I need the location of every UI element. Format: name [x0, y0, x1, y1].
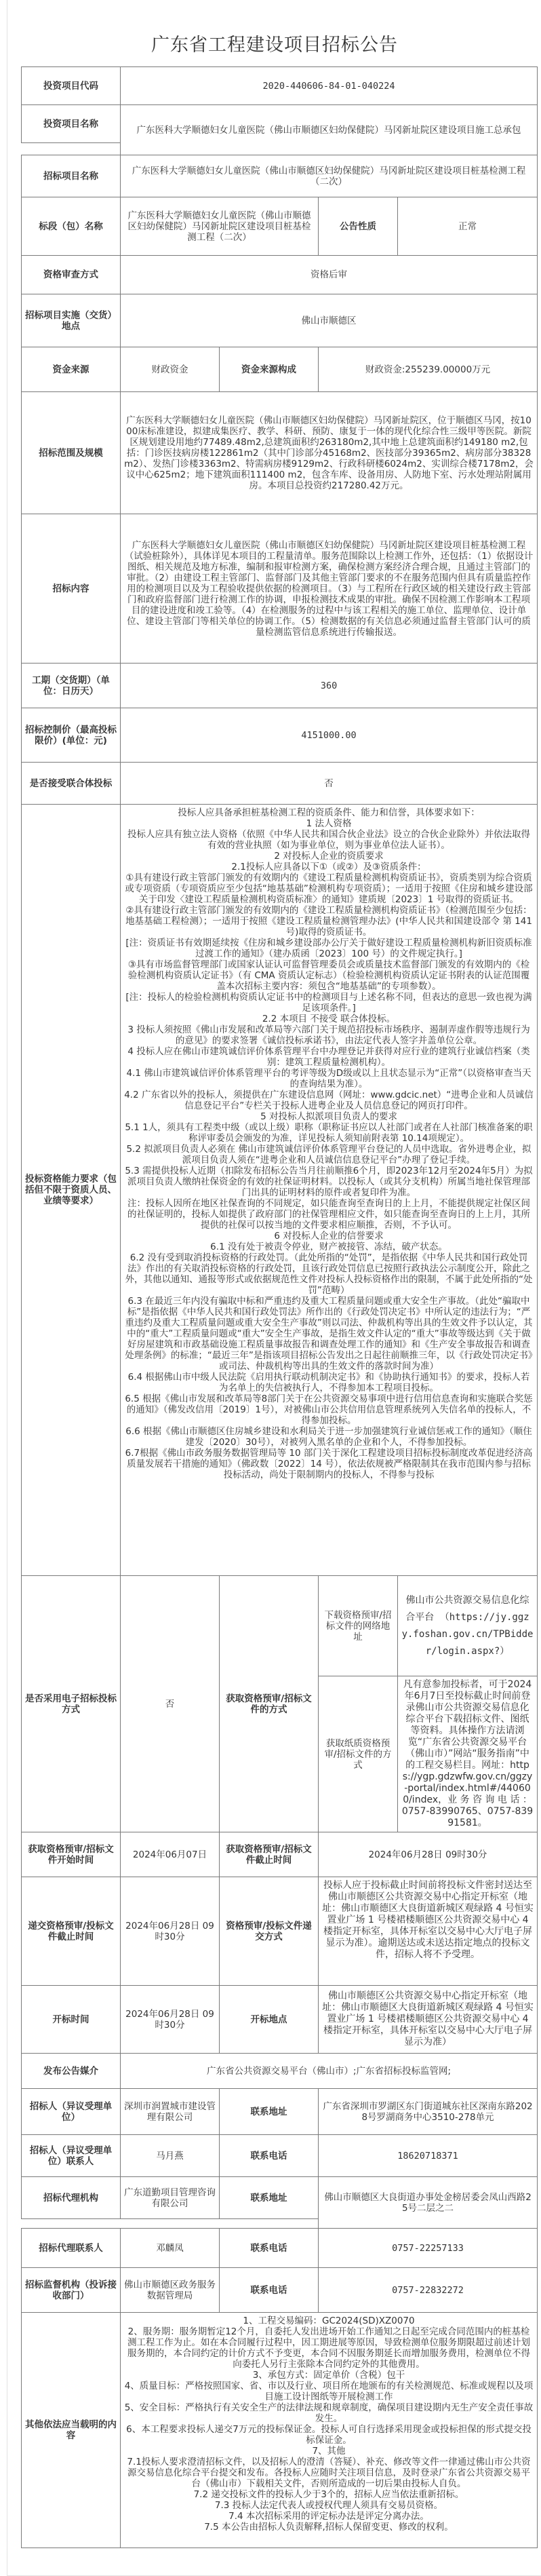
- value-tenderer-contact: 马月燕: [121, 2135, 220, 2177]
- text-line: ①具有建设行政主管部门颁发的有效期内的《建设工程质量检测机构资质证书》，资质类别…: [124, 872, 534, 905]
- text-line: 7.5 本公告由招标人负责解释,招标人保留变更、修改的权利。: [124, 2522, 534, 2533]
- text-line: 6.7根据《佛山市政务服务数据管理局等 10 部门关于深化工程建设项目招标投标制…: [124, 1448, 534, 1480]
- other-list: 1、工程交易编码：GC2024(SD)XZ00702、服务期：服务期暂定12个月…: [124, 2315, 534, 2533]
- row-media: 发布公告媒介 广东省公共资源交易平台（佛山市）;广东省招标投标监管网;: [22, 2054, 538, 2089]
- label-project-name: 投资项目名称: [22, 105, 121, 143]
- value-agency: 广东道勤项目管理咨询有限公司: [121, 2177, 220, 2219]
- label-agency: 招标代理机构: [22, 2177, 121, 2219]
- text-line: 7.1投标人要求澄清招标文件，以及招标人的澄清（答疑）、补充、修改等文件一律通过…: [124, 2457, 534, 2489]
- label-supervisor-phone: 联系电话: [220, 2268, 319, 2313]
- value-opening-time: 2024年06月28日 09时30分: [121, 1986, 220, 2054]
- text-line: 6、本工程要求投标人递交7万元的投标保证金。投标人可自行选择采用现金或投标担保的…: [124, 2424, 534, 2446]
- value-section-name: 广东医科大学顺德妇女儿童医院（佛山市顺德区妇幼保健院）马冈新址院区建设项目桩基检…: [121, 197, 319, 256]
- text-line: [注：投标人的检验检测机构资质认定证书中的检测项目与上述名称不同，但表达的意思一…: [124, 992, 534, 1014]
- label-doc-start: 获取资格预审/招标文件开始时间: [22, 1832, 121, 1877]
- row-tender-name: 招标项目名称 广东医科大学顺德妇女儿童医院（佛山市顺德区妇幼保健院）马冈新址院区…: [22, 155, 538, 197]
- text-line: 6.4 根据佛山市中级人民法院《启用执行联动机制决定书》和《协助执行通知书》的要…: [124, 1372, 534, 1393]
- label-content: 招标内容: [22, 514, 121, 664]
- text-line: 1、工程交易编码：GC2024(SD)XZ0070: [124, 2315, 534, 2326]
- row-section-name: 标段（包）名称 广东医科大学顺德妇女儿童医院（佛山市顺德区妇幼保健院）马冈新址院…: [22, 197, 538, 256]
- row-opening: 开标时间 2024年06月28日 09时30分 开标地点 佛山市顺德区公共资源交…: [22, 1986, 538, 2054]
- value-duration: 360: [121, 664, 538, 708]
- label-opening-time: 开标时间: [22, 1986, 121, 2054]
- label-download-address: 下载资格预审/招标文件的网络地址: [319, 1576, 398, 1676]
- page-title: 广东省工程建设项目招标公告: [7, 0, 541, 66]
- label-submission-deadline: 递交资格预审/投标文件截止时间: [22, 1877, 121, 1986]
- row-project-code: 投资项目代码 2020-440606-84-01-040224: [22, 67, 538, 105]
- label-funding-composition: 资金来源构成: [220, 347, 319, 392]
- text-line: 6.3 在最近三年内没有骗取中标和严重违约及重大工程质量问题或重大安全生产事故。…: [124, 1296, 534, 1372]
- row-submission: 递交资格预审/投标文件截止时间 2024年06月28日 09时30分 资格预审/…: [22, 1877, 538, 1986]
- value-funding-source: 财政资金: [121, 347, 220, 392]
- text-line: 6.1 没有处于被责令停业，财产被接管、冻结，破产状态。: [124, 1242, 534, 1252]
- value-download-address[interactable]: 佛山市公共资源交易信息化综合平台 （https://jy.ggzy.foshan…: [398, 1576, 538, 1676]
- value-scope: 广东医科大学顺德妇女儿童医院（佛山市顺德区妇幼保健院）马冈新址院区，位于顺德区马…: [121, 392, 538, 514]
- text-line: 投标人应具备承担桩基检测工程的资质条件、能力和信誉，具体要求如下：: [124, 807, 534, 818]
- value-consortium: 否: [121, 763, 538, 805]
- row-funding: 资金来源 财政资金 资金来源构成 财政资金:255239.00000万元: [22, 347, 538, 392]
- text-line: 5.2 拟派项目负责人必须在 佛山市建筑诚信评价体系管理平台登记的人员中选取。省…: [124, 1144, 534, 1166]
- row-download-address: 是否采用电子招标投标方式 否 获取资格预审/招标文件的方式 下载资格预审/招标文…: [22, 1576, 538, 1676]
- label-project-code: 投资项目代码: [22, 67, 121, 105]
- text-line: 投标人应具有独立法人资格（依照《中华人民共和国合伙企业法》设立的合伙企业除外）并…: [124, 829, 534, 851]
- requirements-list: 投标人应具备承担桩基检测工程的资质条件、能力和信誉，具体要求如下：1 法人资格投…: [124, 807, 534, 1480]
- text-line: 7.3 投标人法定代表人或授权代理人须具有交易员资格。: [124, 2500, 534, 2511]
- row-other: 其他依法应当载明的内容 1、工程交易编码：GC2024(SD)XZ00702、服…: [22, 2313, 538, 2548]
- row-tenderer-contact: 招标人（异议受理单位）联系人 马月燕 联系电话 18620718371: [22, 2135, 538, 2177]
- notice-table: 投资项目代码 2020-440606-84-01-040224 投资项目名称 广…: [21, 66, 538, 2548]
- value-submission-method: 投标人应于投标截止时间前将投标文件密封送达至佛山市顺德区公共资源交易中心指定开标…: [319, 1877, 538, 1986]
- value-supervisor: 佛山市顺德区政务服务数据管理局: [121, 2268, 220, 2313]
- value-content: 广东医科大学顺德妇女儿童医院（佛山市顺德区妇幼保健院）马冈新址院区建设项目桩基检…: [121, 514, 538, 664]
- text-line: ②具有建设行政主管部门颁发的有效期内的《建设工程质量检测机构资质证书》（检测范围…: [124, 905, 534, 938]
- row-control-price: 招标控制价（最高投标限价）(单位：元) 4151000.00: [22, 708, 538, 763]
- row-consortium: 是否接受联合体投标 否: [22, 763, 538, 805]
- row-duration: 工期（交货期）（单位：日历天） 360: [22, 664, 538, 708]
- text-line: 3、承包方式：固定单价（含税）包干: [124, 2370, 534, 2381]
- text-line: 6.2 没有受到取消投标资格的行政处罚。（此处所指的“处罚”，是指依据《中华人民…: [124, 1252, 534, 1296]
- row-qualification-review: 资格审查方式 资格后审: [22, 256, 538, 294]
- label-tenderer-address: 联系地址: [220, 2089, 319, 2135]
- text-line: 6 对投标人企业的信誉要求: [124, 1231, 534, 1242]
- label-control-price: 招标控制价（最高投标限价）(单位：元): [22, 708, 121, 763]
- value-supervisor-phone: 0757-22832272: [319, 2268, 538, 2313]
- row-requirements: 投标资格能力要求（包括但不限于资质人员、业绩等要求） 投标人应具备承担桩基检测工…: [22, 805, 538, 1576]
- text-line: 5、安全目标：严格执行有关安全生产的法律法规和规章制度，确保项目建设期内无生产安…: [124, 2402, 534, 2424]
- text-line: 6.5 根据《佛山市发展和改革局等8部门关于在公共资源交易事项中进行信用信息查询…: [124, 1393, 534, 1426]
- label-duration: 工期（交货期）（单位：日历天）: [22, 664, 121, 708]
- text-line: 5 对投标人拟派项目负责人的要求: [124, 1111, 534, 1122]
- row-project-name: 投资项目名称 广东医科大学顺德妇女儿童医院（佛山市顺德区妇幼保健院）马冈新址院区…: [22, 105, 538, 143]
- row-agency: 招标代理机构 广东道勤项目管理咨询有限公司 联系地址 佛山市顺德区大良街道办事处…: [22, 2177, 538, 2219]
- value-control-price: 4151000.00: [121, 708, 538, 763]
- label-electronic: 是否采用电子招标投标方式: [22, 1576, 121, 1832]
- notice-page: 广东省工程建设项目招标公告 投资项目代码 2020-440606-84-01-0…: [7, 0, 541, 2576]
- label-supervisor: 招标监督机构（投诉接收部门）: [22, 2268, 121, 2313]
- text-line: 2 对投标人企业的资质要求: [124, 851, 534, 862]
- label-notice-nature: 公告性质: [319, 197, 398, 256]
- row-tenderer: 招标人（异议受理单位） 深圳市润置城市建设管理有限公司 联系地址 广东省深圳市罗…: [22, 2089, 538, 2135]
- text-line: 1 法人资格: [124, 818, 534, 829]
- row-content: 招标内容 广东医科大学顺德妇女儿童医院（佛山市顺德区妇幼保健院）马冈新址院区建设…: [22, 514, 538, 664]
- text-line: 7、其他: [124, 2446, 534, 2457]
- text-line: 2、服务期：服务期暂定12个月，自委托人发出进场开始工作通知之日起至完成合同范围…: [124, 2326, 534, 2370]
- text-line: 注：投标人因所在地区社保查询的不同规定，如只能查询至查询日的上上月，不能提供规定…: [124, 1198, 534, 1231]
- label-consortium: 是否接受联合体投标: [22, 763, 121, 805]
- value-agency-address: 佛山市顺德区大良街道办事处金榜居委会凤山西路25号二层之二: [319, 2177, 538, 2229]
- label-agency-phone: 联系电话: [220, 2229, 319, 2268]
- text-line: ③具有市场监督管理部门或国家认证认可监督管理委员会或质量技术监督部门颁发的有效期…: [124, 959, 534, 992]
- label-requirements: 投标资格能力要求（包括但不限于资质人员、业绩等要求）: [22, 805, 121, 1576]
- value-electronic: 否: [121, 1576, 220, 1832]
- spacer-cell: [22, 2219, 319, 2229]
- label-tenderer: 招标人（异议受理单位）: [22, 2089, 121, 2135]
- value-project-code: 2020-440606-84-01-040224: [121, 67, 538, 105]
- value-location: 佛山市顺德区: [121, 294, 538, 347]
- row-scope: 招标范围及规模 广东医科大学顺德妇女儿童医院（佛山市顺德区妇幼保健院）马冈新址院…: [22, 392, 538, 514]
- value-submission-deadline: 2024年06月28日 09时30分: [121, 1877, 220, 1986]
- text-line: 5.3 需提供投标人近期（扣除发布招标公告当月往前顺推6个月，即2023年12月…: [124, 1166, 534, 1198]
- text-line: 2.1投标人应具备以下①（或②）及③资质条件：: [124, 862, 534, 872]
- value-agency-contact: 邓麟凤: [121, 2229, 220, 2268]
- value-project-name: 广东医科大学顺德妇女儿童医院（佛山市顺德区妇幼保健院）马冈新址院区建设项目施工总…: [121, 105, 538, 155]
- row-location: 招标项目实施（交货）地点 佛山市顺德区: [22, 294, 538, 347]
- text-line: 7.2 递交投标文件的投标人少于3个的，招标人应当依法重新招标。: [124, 2489, 534, 2500]
- text-line: 4 投标人应在佛山市建筑诚信评价体系管理平台中办理登记并获得对应行业的建筑行业诚…: [124, 1046, 534, 1068]
- label-doc-method: 获取资格预审/招标文件的方式: [220, 1576, 319, 1832]
- value-other: 1、工程交易编码：GC2024(SD)XZ00702、服务期：服务期暂定12个月…: [121, 2313, 538, 2548]
- label-agency-contact: 招标代理联系人: [22, 2229, 121, 2268]
- label-tenderer-phone: 联系电话: [220, 2135, 319, 2177]
- row-supervisor: 招标监督机构（投诉接收部门） 佛山市顺德区政务服务数据管理局 联系电话 0757…: [22, 2268, 538, 2313]
- label-location: 招标项目实施（交货）地点: [22, 294, 121, 347]
- value-doc-end: 2024年06月28日 09时30分: [319, 1832, 538, 1877]
- text-line: 4、质量目标：严格按照国家、省、市以及行业、项目所在地颁布的有关检测规范、标准或…: [124, 2381, 534, 2402]
- value-tenderer-address: 广东省深圳市罗湖区东门街道城东社区深南东路2028号罗湖商务中心3510-278…: [319, 2089, 538, 2135]
- label-paper-doc: 获取纸质资格预审/招标文件的方式: [319, 1676, 398, 1832]
- label-media: 发布公告媒介: [22, 2054, 121, 2089]
- row-agency-contact: 招标代理联系人 邓麟凤 联系电话 0757-22257133: [22, 2229, 538, 2268]
- value-opening-place: 佛山市顺德区公共资源交易中心指定开标室（地址：佛山市顺德区大良街道新城区观绿路 …: [319, 1986, 538, 2054]
- text-line: 3 投标人须按照《佛山市发展和改革局等六部门关于规范招投标市场秩序、遏制弄虚作假…: [124, 1024, 534, 1046]
- value-agency-phone: 0757-22257133: [319, 2229, 538, 2268]
- label-doc-end: 获取资格预审/招标文件截止时间: [220, 1832, 319, 1877]
- label-scope: 招标范围及规模: [22, 392, 121, 514]
- value-tenderer-phone: 18620718371: [319, 2135, 538, 2177]
- text-line: 2.2 本项目 不接受 联合体投标。: [124, 1014, 534, 1024]
- label-tenderer-contact: 招标人（异议受理单位）联系人: [22, 2135, 121, 2177]
- text-line: 4.1 佛山市建筑诚信评价体系管理平台的考评等级为D级或以上且状态显示为“正常”…: [124, 1068, 534, 1090]
- label-funding-source: 资金来源: [22, 347, 121, 392]
- value-funding-composition: 财政资金:255239.00000万元: [319, 347, 538, 392]
- value-tenderer: 深圳市润置城市建设管理有限公司: [121, 2089, 220, 2135]
- label-submission-method: 资格预审/投标文件递交方式: [220, 1877, 319, 1986]
- value-tender-name: 广东医科大学顺德妇女儿童医院（佛山市顺德区妇幼保健院）马冈新址院区建设项目桩基检…: [121, 155, 538, 197]
- label-opening-place: 开标地点: [220, 1986, 319, 2054]
- text-line: [注：资质证书有效期延续按《住房和城乡建设部办公厅关于做好建设工程质量检测机构新…: [124, 938, 534, 959]
- spacer-cell: [22, 143, 121, 155]
- value-requirements: 投标人应具备承担桩基检测工程的资质条件、能力和信誉，具体要求如下：1 法人资格投…: [121, 805, 538, 1576]
- label-other: 其他依法应当载明的内容: [22, 2313, 121, 2548]
- label-agency-address: 联系地址: [220, 2177, 319, 2219]
- value-qualification-review: 资格后审: [121, 256, 538, 294]
- text-line: 5.1 1人，须具有工程类中级（或以上级）职称（职称证书应以人社部门或者在人社部…: [124, 1122, 534, 1144]
- row-doc-time: 获取资格预审/招标文件开始时间 2024年06月07日 获取资格预审/招标文件截…: [22, 1832, 538, 1877]
- label-qualification-review: 资格审查方式: [22, 256, 121, 294]
- text-line: 7.4 本次招标采用的评定标办法是评定分离办法。: [124, 2511, 534, 2522]
- label-tender-name: 招标项目名称: [22, 155, 121, 197]
- value-paper-doc: 凡有意参加投标者，可于2024年6月7日至投标截止时间前登录佛山市公共资源交易信…: [398, 1676, 538, 1832]
- text-line: 4.2 广东省以外的投标人，须提供在广东建设信息网（网址：www.gdcic.n…: [124, 1090, 534, 1111]
- label-section-name: 标段（包）名称: [22, 197, 121, 256]
- value-notice-nature: 正常: [398, 197, 538, 256]
- value-media: 广东省公共资源交易平台（佛山市）;广东省招标投标监管网;: [121, 2054, 538, 2089]
- value-doc-start: 2024年06月07日: [121, 1832, 220, 1877]
- text-line: 6.6 根据《佛山市顺德区住房城乡建设和水利局关于进一步加强建筑行业诚信惩戒工作…: [124, 1426, 534, 1448]
